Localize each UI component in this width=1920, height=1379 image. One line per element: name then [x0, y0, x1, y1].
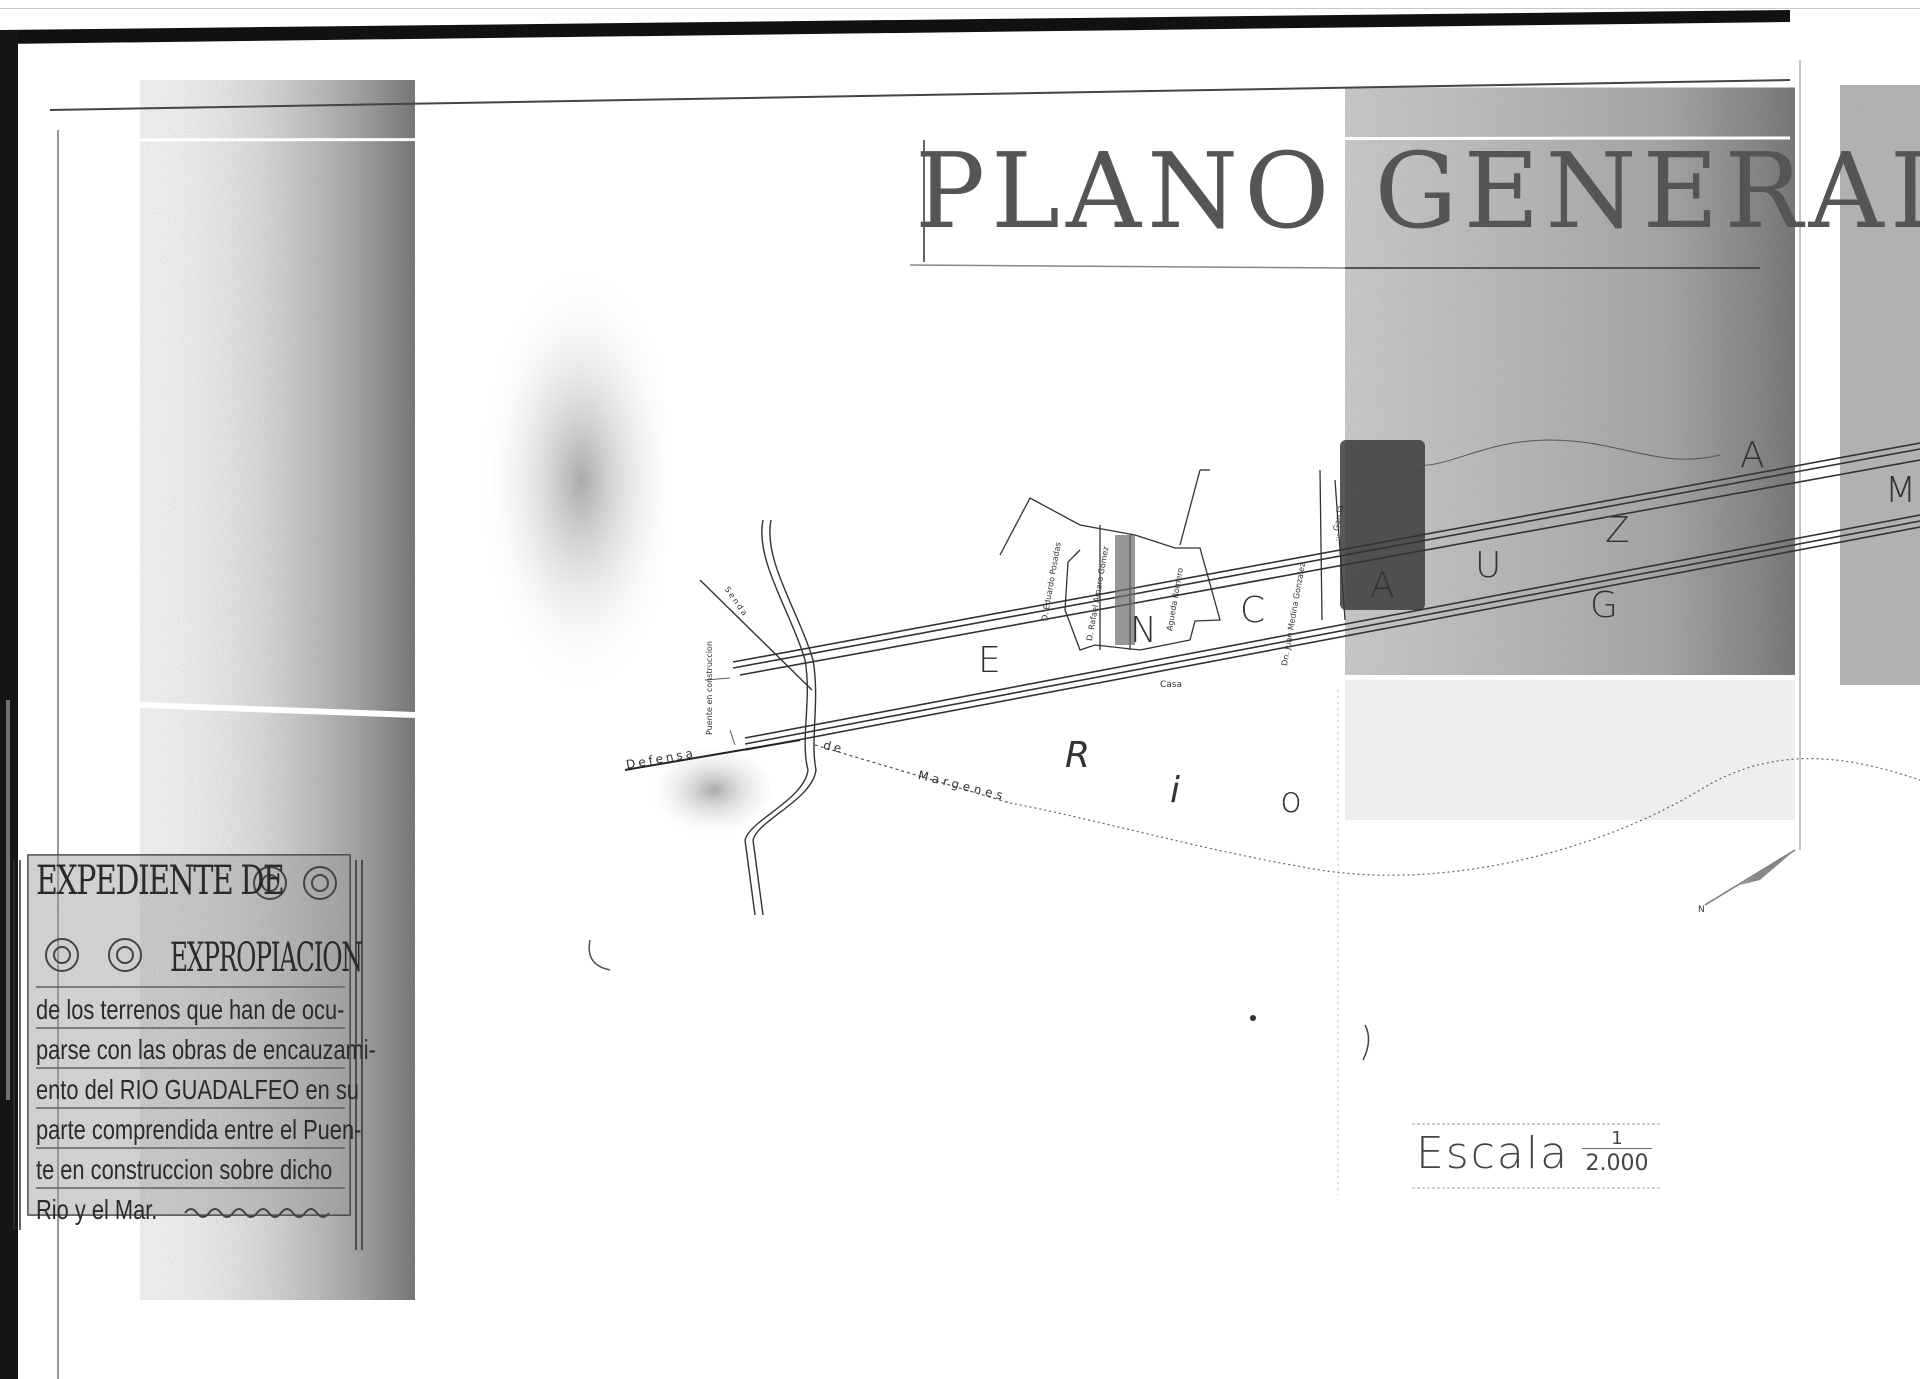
cartouche-line: parte comprendida entre el Puen- [36, 1114, 361, 1146]
channel-letter: C [1240, 590, 1265, 631]
river-letter: i [1170, 770, 1180, 811]
cartouche-line: ento del RIO GUADALFEO en su [36, 1074, 359, 1106]
scale-numerator: 1 [1582, 1128, 1652, 1146]
cartouche-line: de los terrenos que han de ocu- [36, 994, 344, 1026]
cartouche-heading-2: EXPROPIACION [170, 935, 362, 981]
river-letter: o [1280, 780, 1302, 821]
channel-letter: E [978, 640, 1001, 681]
channel-letter: U [1475, 545, 1501, 586]
scale-denominator: 2.000 [1582, 1151, 1652, 1176]
scale-label: Escala [1416, 1128, 1569, 1179]
label-casa: Casa [1160, 680, 1182, 690]
channel-letter: Z [1605, 510, 1630, 551]
river-letter: G [1590, 585, 1618, 626]
cartouche-line: Rio y el Mar. [36, 1194, 157, 1226]
cartouche-line: parse con las obras de encauzami- [36, 1034, 376, 1066]
cartouche-line: te en construccion sobre dicho [36, 1154, 332, 1186]
channel-letter: M [1885, 470, 1916, 511]
river-letter: R [1065, 735, 1090, 776]
channel-letter: A [1370, 565, 1395, 606]
channel-letter: N [1130, 610, 1157, 651]
channel-letter: A [1740, 435, 1765, 476]
cartouche-heading-1: EXPEDIENTE DE [36, 858, 283, 904]
north-arrow-label: N [1698, 905, 1705, 915]
scale-ratio: 1 2.000 [1582, 1128, 1652, 1176]
map-title: PLANO GENERAL [915, 130, 1920, 252]
label-puente: Puente en construccion [705, 641, 714, 735]
